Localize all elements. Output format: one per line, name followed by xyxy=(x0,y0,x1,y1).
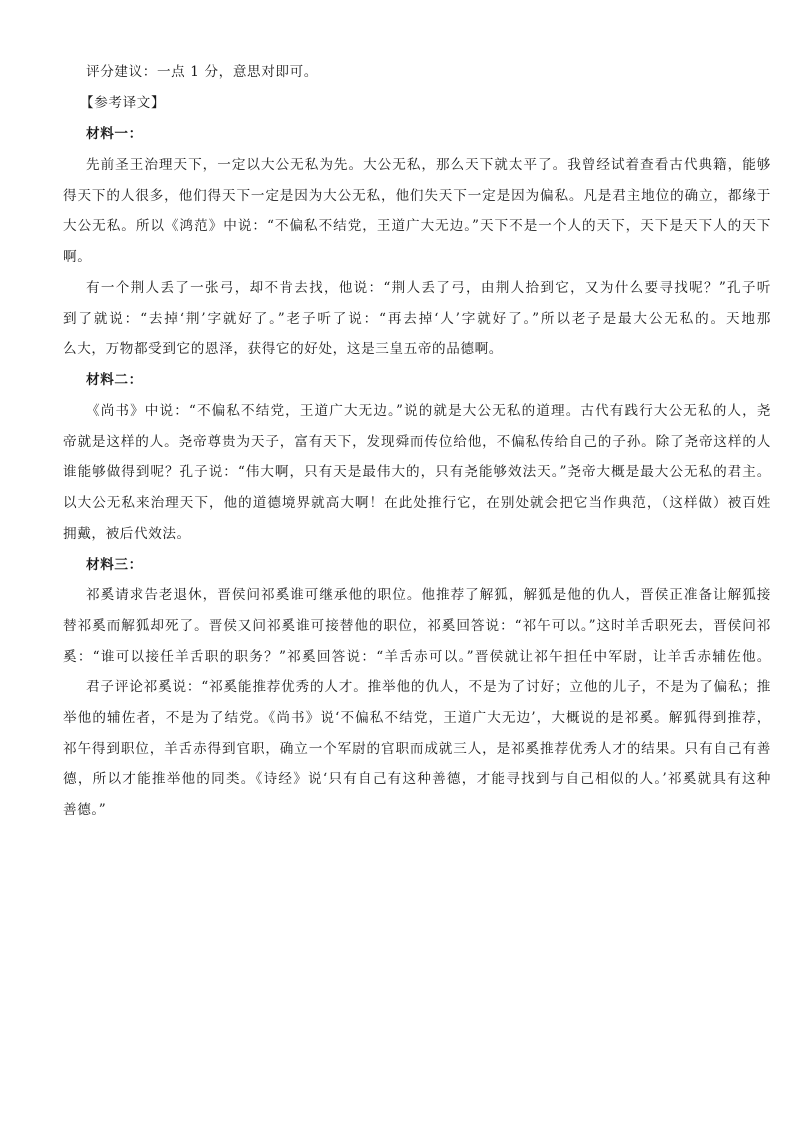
paragraph-line: 到了就说：“去掉‘荆’字就好了。”老子听了说：“再去掉‘人’字就好了。”所以老子… xyxy=(63,309,771,329)
paragraph-line: 祁奚请求告老退休，晋侯问祁奚谁可继承他的职位。他推荐了解狐，解狐是他的仇人，晋侯… xyxy=(63,585,771,605)
document-page: 评分建议：一点 1 分，意思对即可。 【参考译文】 材料一： 先前圣王治理天下，… xyxy=(0,0,800,1131)
paragraph-line: 先前圣王治理天下，一定以大公无私为先。大公无私，那么天下就太平了。我曾经试着查看… xyxy=(63,155,771,175)
scoring-note: 评分建议：一点 1 分，意思对即可。 xyxy=(86,62,318,82)
paragraph-line: 以大公无私来治理天下，他的道德境界就高大啊！在此处推行它，在别处就会把它当作典范… xyxy=(63,493,771,513)
paragraph-line: 帝就是这样的人。尧帝尊贵为天子，富有天下，发现舜而传位给他，不偏私传给自己的子孙… xyxy=(63,432,771,452)
material-three-heading: 材料三： xyxy=(86,555,143,575)
paragraph-line: 谁能够做得到呢？孔子说：“伟大啊，只有天是最伟大的，只有尧能够效法天。”尧帝大概… xyxy=(63,462,771,482)
paragraph-line: 有一个荆人丢了一张弓，却不肯去找，他说：“荆人丢了弓，由荆人拾到它，又为什么要寻… xyxy=(63,278,771,298)
paragraph-line: 君子评论祁奚说：“祁奚能推荐优秀的人才。推举他的仇人，不是为了讨好；立他的儿子，… xyxy=(63,677,771,697)
material-two-heading: 材料二： xyxy=(86,370,143,390)
paragraph-line: 《尚书》中说：“不偏私不结党，王道广大无边。”说的就是大公无私的道理。古代有践行… xyxy=(63,401,771,421)
paragraph-line: 善德。” xyxy=(63,800,106,820)
paragraph-line: 大公无私。所以《鸿范》中说：“不偏私不结党，王道广大无边。”天下不是一个人的天下… xyxy=(63,216,771,236)
paragraph-line: 么大，万物都受到它的恩泽，获得它的好处，这是三皇五帝的品德啊。 xyxy=(63,339,503,359)
material-one-heading: 材料一： xyxy=(86,124,143,144)
paragraph-line: 替祁奚而解狐却死了。晋侯又问祁奚谁可接替他的职位，祁奚回答说：“祁午可以。”这时… xyxy=(63,616,771,636)
paragraph-line: 祁午得到职位，羊舌赤得到官职，确立一个军尉的官职而成就三人，是祁奚推荐优秀人才的… xyxy=(63,739,771,759)
paragraph-line: 奚：“谁可以接任羊舌职的职务？”祁奚回答说：“羊舌赤可以。”晋侯就让祁午担任中军… xyxy=(63,647,771,667)
paragraph-line: 啊。 xyxy=(63,247,91,267)
paragraph-line: 举他的辅佐者，不是为了结党。《尚书》说‘不偏私不结党，王道广大无边’，大概说的是… xyxy=(63,708,771,728)
paragraph-line: 得天下的人很多，他们得天下一定是因为大公无私，他们失天下一定是因为偏私。凡是君主… xyxy=(63,186,771,206)
paragraph-line: 拥戴，被后代效法。 xyxy=(63,524,191,544)
reference-translation-heading: 【参考译文】 xyxy=(80,93,165,113)
paragraph-line: 德，所以才能推举他的同类。《诗经》说‘只有自己有这种善德，才能寻找到与自己相似的… xyxy=(63,769,771,789)
